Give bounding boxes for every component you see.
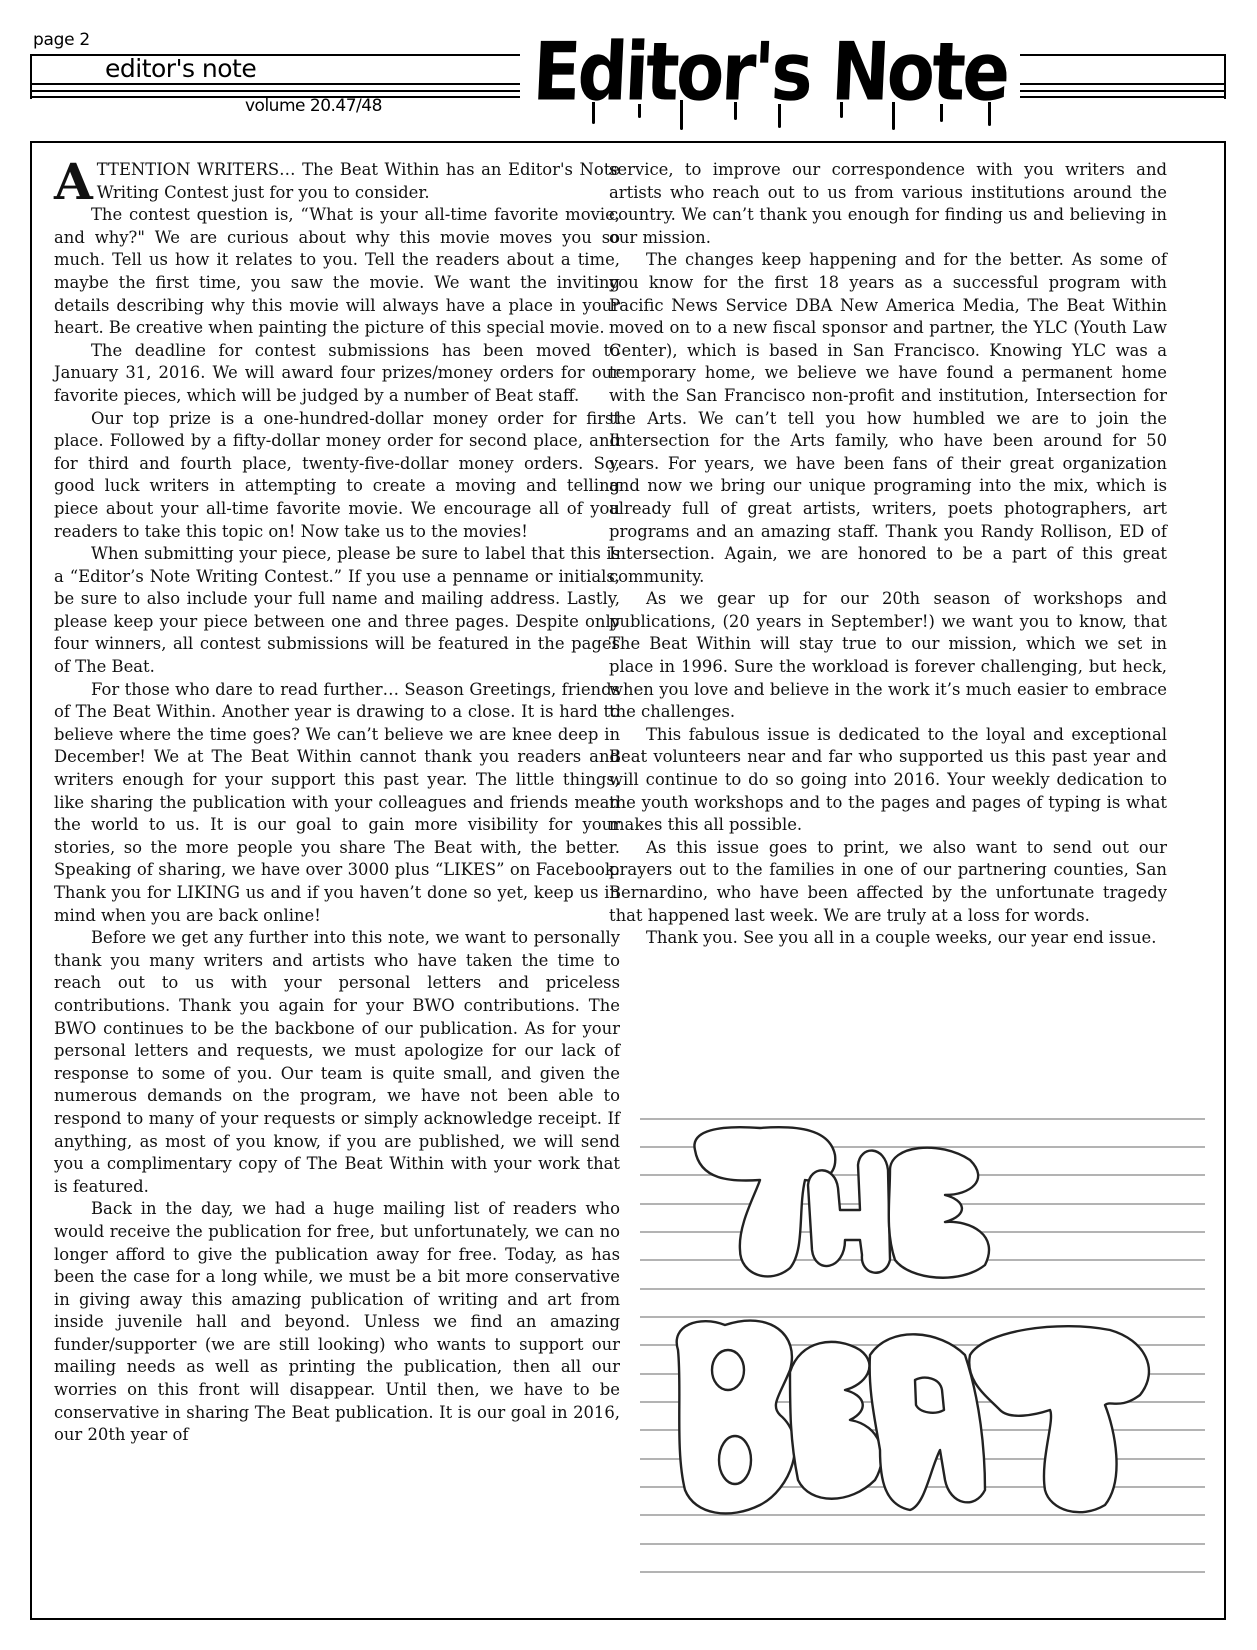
header-rule-left xyxy=(30,54,32,99)
paint-drip-icon xyxy=(940,104,943,122)
masthead-title: Editor's Note xyxy=(520,22,1020,122)
drop-cap: A xyxy=(54,162,93,202)
paint-drip-icon xyxy=(840,102,843,118)
article-paragraph: As we gear up for our 20th season of wor… xyxy=(609,588,1167,724)
article-paragraph: Thank you. See you all in a couple weeks… xyxy=(609,927,1167,950)
lined-paper-sketch-icon xyxy=(640,1110,1205,1600)
article-paragraph: Back in the day, we had a huge mailing l… xyxy=(54,1198,620,1447)
article-paragraph: The changes keep happening and for the b… xyxy=(609,249,1167,588)
paint-drip-icon xyxy=(638,104,641,118)
volume-label: volume 20.47/48 xyxy=(245,96,382,116)
article-paragraph: Before we get any further into this note… xyxy=(54,927,620,1198)
article-paragraph: The contest question is, “What is your a… xyxy=(54,204,620,340)
masthead-text: Editor's Note xyxy=(531,25,1009,119)
article-paragraph: service, to improve our correspondence w… xyxy=(609,159,1167,249)
paint-drip-icon xyxy=(680,100,683,130)
paragraph-text: TTENTION WRITERS… The Beat Within has an… xyxy=(97,160,620,202)
article-paragraph: ATTENTION WRITERS… The Beat Within has a… xyxy=(54,159,620,204)
article-column-right: service, to improve our correspondence w… xyxy=(609,159,1167,950)
article-paragraph: As this issue goes to print, we also wan… xyxy=(609,837,1167,927)
the-beat-sketch-illustration xyxy=(640,1110,1205,1600)
article-paragraph: When submitting your piece, please be su… xyxy=(54,543,620,679)
paint-drip-icon xyxy=(892,102,895,130)
paint-drip-icon xyxy=(734,102,737,120)
article-paragraph: This fabulous issue is dedicated to the … xyxy=(609,724,1167,837)
article-paragraph: For those who dare to read further… Seas… xyxy=(54,679,620,928)
article-paragraph: The deadline for contest submissions has… xyxy=(54,340,620,408)
paint-drip-icon xyxy=(778,104,781,128)
paint-drip-icon xyxy=(592,102,595,124)
article-column-left: ATTENTION WRITERS… The Beat Within has a… xyxy=(54,159,620,1447)
paint-drip-icon xyxy=(988,102,991,126)
header-rule-right xyxy=(1224,54,1226,99)
article-paragraph: Our top prize is a one-hundred-dollar mo… xyxy=(54,408,620,544)
section-label: editor's note xyxy=(105,54,256,83)
page-number-label: page 2 xyxy=(33,30,90,50)
